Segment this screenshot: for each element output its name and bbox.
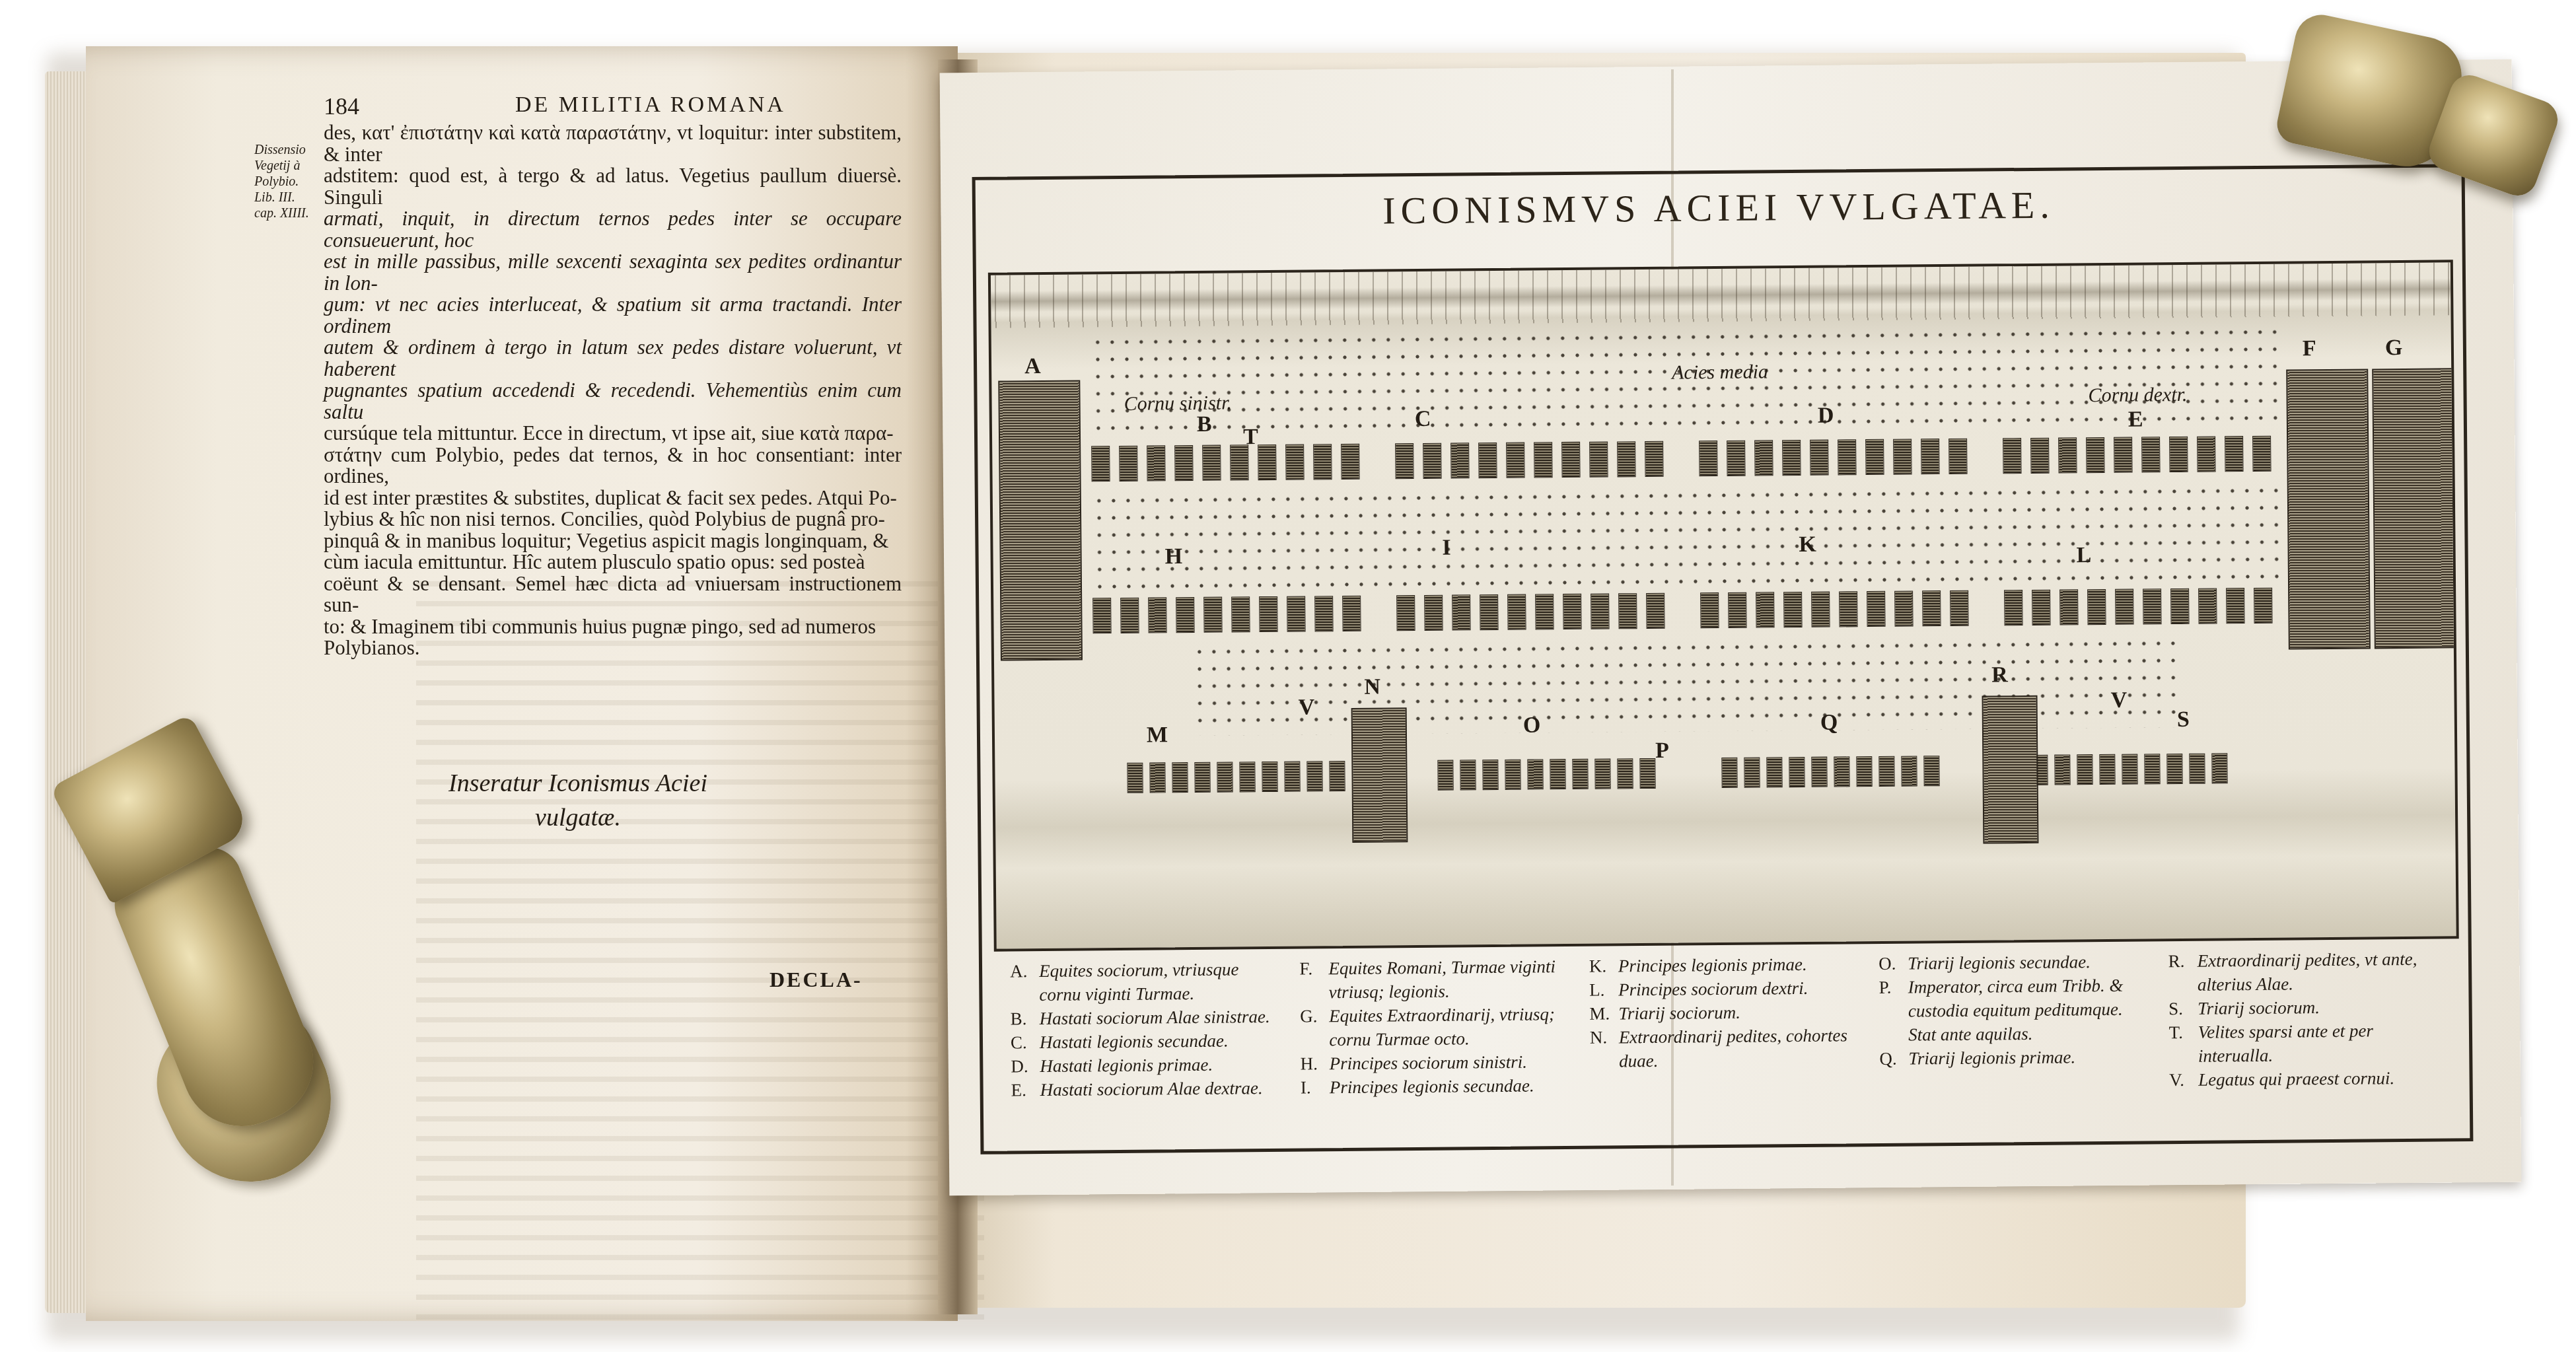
- maniple: [1147, 445, 1165, 481]
- legend-item: L.Principes sociorum dextri.: [1589, 976, 1859, 1002]
- maniple: [1424, 595, 1443, 631]
- legend-item: S.Triarij sociorum.: [2168, 995, 2439, 1021]
- maniple: [1783, 592, 1802, 627]
- legend-item: P.Imperator, circa eum Tribb. & custodia…: [1878, 973, 2149, 1047]
- maniple: [1728, 592, 1746, 628]
- legend-item: R.Extraordinarij pedites, vt ante, alter…: [2168, 947, 2438, 997]
- maniple: [1699, 441, 1717, 476]
- legend-text: Equites Extraordinarij, vtriusq; cornu T…: [1329, 1002, 1570, 1051]
- maniple: [2197, 436, 2215, 472]
- legend-text: Triarij sociorum.: [1618, 1001, 1740, 1026]
- label-k: K: [1799, 532, 1816, 557]
- maniple: [1423, 443, 1441, 479]
- legend-letter: C.: [1011, 1030, 1040, 1054]
- maniple: [2099, 754, 2115, 785]
- legend-item: F.Equites Romani, Turmae viginti vtriusq…: [1299, 954, 1569, 1005]
- maniple: [1287, 596, 1305, 632]
- maniple: [1231, 596, 1250, 632]
- maniple: [1217, 762, 1233, 792]
- maniple: [1894, 590, 1913, 626]
- maniple: [1396, 595, 1415, 631]
- maniple: [1203, 597, 1222, 633]
- legend-letter: M.: [1589, 1001, 1618, 1025]
- maniple: [1721, 758, 1737, 788]
- maniple: [1149, 762, 1165, 793]
- maniple: [1194, 762, 1210, 793]
- maniple: [2087, 589, 2106, 625]
- label-e: E: [2128, 407, 2143, 432]
- maniple: [1262, 762, 1277, 792]
- maniple: [1174, 445, 1193, 481]
- legend-item: M.Triarij sociorum.: [1589, 999, 1859, 1026]
- maniple: [1856, 756, 1872, 787]
- maniple: [1127, 763, 1143, 793]
- label-cornu-dextr: Cornu dextr.: [2088, 384, 2187, 407]
- legend-letter: O.: [1878, 952, 1908, 976]
- running-head: DE MILITIA ROMANA: [515, 92, 786, 118]
- cavalry-block-f: [2286, 369, 2371, 649]
- maniple: [1202, 445, 1221, 481]
- extraordinarii-block-n: [1351, 707, 1408, 843]
- legend-column: R.Extraordinarij pedites, vt ante, alter…: [2168, 947, 2439, 1125]
- maniple: [1285, 445, 1304, 480]
- legend-text: Imperator, circa eum Tribb. & custodia e…: [1908, 973, 2149, 1046]
- maniple: [1811, 757, 1827, 787]
- maniple: [2003, 438, 2021, 474]
- extraordinarii-block-r: [1982, 695, 2039, 844]
- legend-letter: G.: [1300, 1004, 1330, 1051]
- legend-item: D.Hastati legionis primae.: [1011, 1052, 1281, 1079]
- maniple: [1727, 441, 1745, 476]
- legend-item: A.Equites sociorum, vtriusque cornu vigi…: [1010, 957, 1280, 1007]
- maniple: [1480, 594, 1498, 630]
- maniple: [1893, 439, 1912, 474]
- maniple: [1839, 591, 1857, 627]
- maniple: [1148, 597, 1166, 633]
- maniple: [1460, 760, 1476, 790]
- maniple: [1505, 760, 1521, 790]
- maniple: [2086, 437, 2104, 473]
- maniple: [2122, 754, 2137, 785]
- legend-column: O.Triarij legionis secundae. P.Imperator…: [1878, 949, 2150, 1127]
- legend-letter: T.: [2168, 1020, 2198, 1068]
- maniple: [1639, 758, 1655, 789]
- maniple: [2189, 754, 2205, 784]
- legend-letter: A.: [1010, 959, 1040, 1007]
- maniple: [1284, 762, 1300, 792]
- battle-formation-engraving: A Cornu sinistr. Acies media Cornu dextr…: [988, 260, 2459, 951]
- maniple: [1395, 443, 1413, 479]
- maniple: [2054, 754, 2070, 785]
- label-r: R: [1991, 662, 2008, 688]
- margin-note-line: Dissensio: [254, 142, 320, 158]
- legend-text: Triarij legionis secundae.: [1908, 950, 2091, 975]
- maniple: [2225, 436, 2243, 472]
- maniple: [1482, 760, 1498, 790]
- maniple: [1618, 593, 1637, 629]
- maniple: [2166, 754, 2182, 784]
- margin-note-line: Lib. III.: [254, 190, 320, 205]
- maniple: [1838, 439, 1856, 475]
- text-line: cursúque tela mittuntur. Ecce in directu…: [324, 423, 902, 445]
- legend-text: Equites sociorum, vtriusque cornu vigint…: [1039, 957, 1280, 1007]
- body-text: des, κατ' ἐπιστάτην καὶ κατὰ παραστάτην,…: [324, 122, 902, 659]
- maniple: [1756, 592, 1774, 627]
- maniple: [2226, 588, 2244, 623]
- maniple: [2198, 588, 2217, 623]
- maniple: [1901, 756, 1917, 786]
- maniple: [1589, 442, 1608, 478]
- maniple: [1239, 762, 1255, 792]
- legend-item: K.Principes legionis primae.: [1589, 952, 1859, 978]
- legend-letter: K.: [1589, 954, 1618, 978]
- maniple: [2170, 588, 2189, 624]
- text-line: lybius & hîc non nisi ternos. Concilies,…: [324, 509, 902, 530]
- legend-letter: I.: [1301, 1075, 1330, 1099]
- maniple: [1563, 594, 1581, 629]
- maniple: [1744, 758, 1760, 788]
- label-h: H: [1164, 544, 1182, 569]
- legend-letter: S.: [2168, 997, 2198, 1020]
- text-line: adstitem: quod est, à tergo & ad latus. …: [324, 165, 902, 208]
- legend-text: Triarij sociorum.: [2198, 995, 2320, 1020]
- page-number: 184: [324, 92, 359, 120]
- maniple: [1766, 757, 1782, 787]
- legend-text: Velites sparsi ante et per interualla.: [2198, 1018, 2439, 1068]
- label-acies-media: Acies media: [1672, 361, 1768, 384]
- legend-column: F.Equites Romani, Turmae viginti vtriusq…: [1299, 954, 1571, 1132]
- legend-item: V.Legatus qui praeest cornui.: [2169, 1066, 2439, 1092]
- maniple: [1314, 596, 1333, 631]
- text-line: Polybianos.: [324, 637, 902, 659]
- margin-note: Dissensio Vegetij à Polybio. Lib. III. c…: [254, 142, 320, 221]
- maniple: [1258, 445, 1276, 480]
- maniple: [1561, 442, 1580, 478]
- maniple: [1867, 591, 1885, 627]
- text-line: id est inter præstites & substites, dupl…: [324, 487, 902, 509]
- legend-text: Hastati legionis secundae.: [1040, 1029, 1229, 1054]
- margin-note-line: Vegetij à: [254, 158, 320, 174]
- maniple: [2032, 590, 2050, 625]
- show-through-text: [416, 575, 984, 1334]
- maniple: [2004, 590, 2022, 625]
- maniple: [1259, 596, 1277, 632]
- label-f: F: [2303, 336, 2316, 361]
- maniple: [1437, 760, 1453, 791]
- maniple: [1865, 439, 1884, 475]
- engraving-frame: ICONISMVS ACIEI VVLGATAE. A Cornu sinist…: [972, 164, 2474, 1155]
- legend-text: Equites Romani, Turmae viginti vtriusq; …: [1328, 954, 1569, 1004]
- legend-text: Principes legionis primae.: [1618, 952, 1807, 978]
- maniple: [1645, 441, 1663, 477]
- label-d: D: [1818, 404, 1834, 429]
- text-line: pugnantes spatium accedendi & recedendi.…: [324, 380, 902, 423]
- maniple: [1810, 440, 1828, 476]
- label-c: C: [1415, 407, 1431, 432]
- landscape-skyline: [991, 262, 2451, 328]
- label-g: G: [2385, 336, 2403, 361]
- maniple: [1535, 594, 1554, 629]
- maniple: [2114, 437, 2132, 473]
- insert-plate-note: Inseratur Iconismus Aciei vulgatæ.: [439, 766, 717, 835]
- label-o: O: [1523, 713, 1541, 738]
- maniple: [1176, 597, 1194, 633]
- legend-text: Legatus qui praeest cornui.: [2198, 1066, 2394, 1092]
- maniple: [1834, 756, 1849, 787]
- legend-letter: V.: [2169, 1068, 2198, 1092]
- maniple: [1950, 590, 1968, 626]
- text-line: pinquâ & in manibus loquitur; Vegetius a…: [324, 530, 902, 552]
- maniple: [1306, 761, 1322, 791]
- legend-item: E.Hastati sociorum Alae dextrae.: [1011, 1076, 1281, 1102]
- text-line: autem & ordinem à tergo in latum sex ped…: [324, 337, 902, 380]
- maniple: [2169, 437, 2188, 472]
- maniple: [2141, 437, 2160, 472]
- legend-column: A.Equites sociorum, vtriusque cornu vigi…: [1010, 957, 1281, 1135]
- maniple: [1922, 590, 1941, 626]
- label-l: L: [2076, 543, 2091, 568]
- legend-item: I.Principes legionis secundae.: [1301, 1073, 1571, 1100]
- legend-item: Q.Triarij legionis primae.: [1879, 1044, 2149, 1071]
- maniple: [1811, 592, 1830, 627]
- legend-letter: L.: [1589, 978, 1618, 1001]
- maniple: [1878, 756, 1894, 787]
- legend-text: Principes legionis secundae.: [1330, 1074, 1534, 1100]
- maniple: [1617, 758, 1633, 789]
- maniple: [1646, 593, 1664, 629]
- legend-letter: D.: [1011, 1054, 1040, 1078]
- maniple: [1789, 757, 1805, 787]
- label-v-left: V: [1298, 695, 1314, 720]
- margin-note-line: cap. XIIII.: [254, 205, 320, 221]
- principes-line: [1092, 588, 2281, 638]
- legend-item: N.Extraordinarij pedites, cohortes duae.: [1590, 1023, 1860, 1073]
- legend-column: K.Principes legionis primae. L.Principes…: [1589, 952, 1861, 1129]
- legend-text: Hastati legionis primae.: [1040, 1053, 1213, 1078]
- legend-letter: Q.: [1879, 1047, 1908, 1071]
- insert-note-line: Inseratur Iconismus Aciei: [439, 766, 717, 801]
- label-i: I: [1442, 536, 1451, 561]
- maniple: [1091, 446, 1110, 481]
- maniple: [2030, 438, 2049, 474]
- legend-text: Triarij legionis primae.: [1908, 1045, 2075, 1070]
- maniple: [1572, 759, 1588, 789]
- text-line: coëunt & se densant. Semel hæc dicta ad …: [324, 573, 902, 616]
- label-n: N: [1364, 675, 1380, 700]
- maniple: [2254, 588, 2272, 623]
- text-line: gum: vt nec acies interluceat, & spatium…: [324, 294, 902, 337]
- legend-item: H.Principes sociorum sinistri.: [1301, 1050, 1571, 1076]
- maniple: [1506, 443, 1524, 478]
- maniple: [1452, 594, 1470, 630]
- maniple: [1949, 439, 1967, 474]
- maniple: [2059, 589, 2078, 625]
- legend-letter: P.: [1878, 976, 1908, 1047]
- label-t: T: [1243, 425, 1258, 450]
- book-page-edges: [45, 71, 91, 1313]
- maniple: [1527, 759, 1543, 789]
- legend-text: Hastati sociorum Alae sinistrae.: [1040, 1005, 1270, 1030]
- maniple: [2058, 437, 2077, 473]
- velites-crowd-second: [1092, 482, 2281, 592]
- maniple: [2077, 754, 2093, 785]
- legend-letter: N.: [1590, 1025, 1620, 1073]
- maniple: [1782, 440, 1801, 476]
- legend-item: B.Hastati sociorum Alae sinistrae.: [1011, 1005, 1281, 1031]
- maniple: [1507, 594, 1526, 630]
- legend-letter: E.: [1011, 1078, 1040, 1102]
- legend-text: Hastati sociorum Alae dextrae.: [1040, 1076, 1262, 1102]
- legend-letter: H.: [1301, 1051, 1330, 1075]
- label-p: P: [1655, 738, 1669, 764]
- maniple: [1230, 445, 1248, 480]
- maniple: [2143, 588, 2161, 624]
- label-cornu-sinistr: Cornu sinistr.: [1124, 392, 1232, 415]
- margin-note-line: Polybio.: [254, 174, 320, 190]
- maniple: [1617, 441, 1635, 477]
- maniple: [1534, 442, 1552, 478]
- plate-title: ICONISMVS ACIEI VVLGATAE.: [976, 179, 2462, 236]
- legend-text: Principes sociorum dextri.: [1618, 976, 1808, 1002]
- maniple: [1700, 592, 1719, 628]
- cavalry-block-g: [2372, 368, 2456, 649]
- cavalry-block-a: [998, 380, 1083, 660]
- maniple: [2144, 754, 2160, 784]
- text-line: to: & Imaginem tibi communis huius pugnæ…: [324, 616, 902, 638]
- maniple: [1313, 444, 1332, 480]
- maniple: [1172, 762, 1188, 793]
- hastati-line: [1091, 436, 2280, 486]
- maniple: [2252, 436, 2271, 472]
- maniple: [1450, 443, 1469, 478]
- text-line: des, κατ' ἐπιστάτην καὶ κατὰ παραστάτην,…: [324, 122, 902, 165]
- legend-item: G.Equites Extraordinarij, vtriusq; cornu…: [1300, 1002, 1570, 1052]
- legend-letter: R.: [2168, 949, 2198, 997]
- label-a: A: [1024, 354, 1041, 379]
- label-s: S: [2177, 707, 2190, 732]
- maniple: [1478, 443, 1497, 478]
- maniple: [2115, 589, 2133, 625]
- legend-item: O.Triarij legionis secundae.: [1878, 949, 2149, 976]
- label-v-right: V: [2110, 688, 2127, 713]
- text-line: cùm iacula emittuntur. Hîc autem pluscul…: [324, 551, 902, 573]
- legend-letter: B.: [1011, 1007, 1040, 1030]
- label-b: B: [1197, 412, 1212, 437]
- legend-text: Extraordinarij pedites, vt ante, alteriu…: [2197, 947, 2438, 997]
- triarii-line: [1127, 752, 2316, 802]
- maniple: [1092, 598, 1111, 633]
- legend-text: Principes sociorum sinistri.: [1330, 1050, 1528, 1076]
- maniple: [1594, 758, 1610, 789]
- maniple: [1341, 444, 1359, 480]
- maniple: [1119, 446, 1137, 481]
- maniple: [2211, 753, 2227, 783]
- maniple: [1921, 439, 1939, 474]
- maniple: [1923, 756, 1939, 786]
- catchword: DECLA-: [769, 968, 863, 992]
- label-m: M: [1147, 723, 1168, 748]
- maniple: [1591, 593, 1609, 629]
- maniple: [1342, 596, 1361, 631]
- maniple: [1754, 440, 1773, 476]
- text-line: στάτην cum Polybio, pedes dat ternos, & …: [324, 445, 902, 487]
- label-q: Q: [1820, 710, 1838, 735]
- maniple: [1120, 598, 1139, 633]
- legend-text: Extraordinarij pedites, cohortes duae.: [1619, 1023, 1860, 1073]
- text-line: armati, inquit, in directum ternos pedes…: [324, 208, 902, 251]
- maniple: [1550, 759, 1565, 789]
- plate-legend: A.Equites sociorum, vtriusque cornu vigi…: [994, 940, 2455, 1141]
- legend-item: C.Hastati legionis secundae.: [1011, 1028, 1281, 1055]
- legend-letter: F.: [1299, 956, 1329, 1004]
- legend-item: T.Velites sparsi ante et per interualla.: [2168, 1018, 2439, 1069]
- insert-note-line: vulgatæ.: [439, 801, 717, 835]
- maniple: [1329, 761, 1345, 791]
- text-line: est in mille passibus, mille sexcenti se…: [324, 251, 902, 294]
